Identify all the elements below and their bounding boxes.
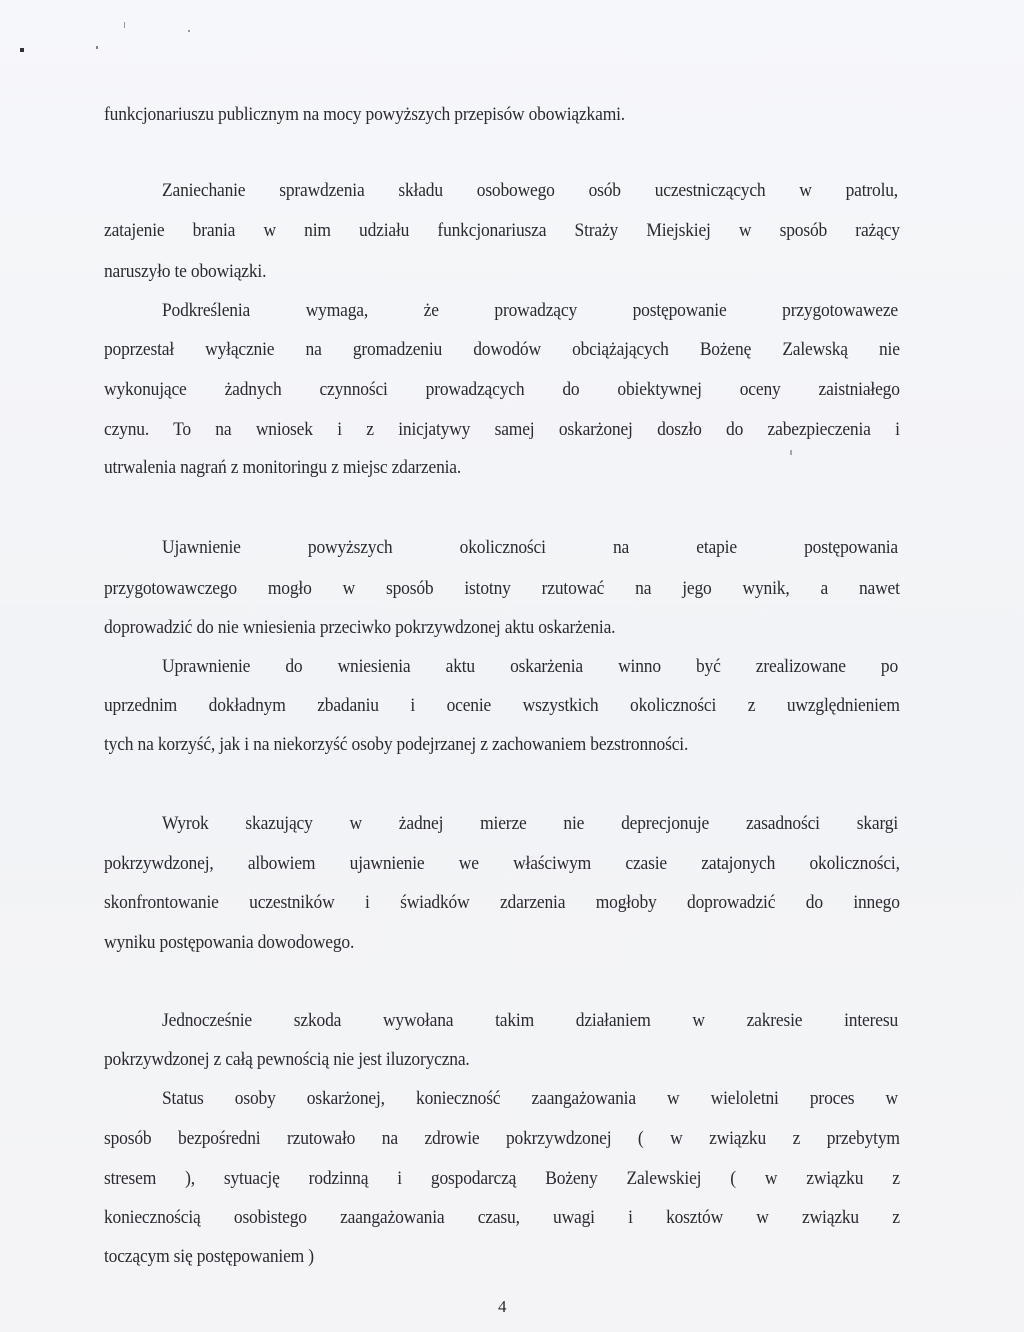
scan-artifact bbox=[20, 48, 24, 52]
text-line: czynu. To na wniosek i z inicjatywy same… bbox=[104, 419, 900, 441]
page-number: 4 bbox=[498, 1297, 507, 1317]
text-line: koniecznością osobistego zaangażowania c… bbox=[104, 1207, 900, 1229]
text-line: uprzednim dokładnym zbadaniu i ocenie ws… bbox=[104, 695, 900, 717]
text-line: Jednocześnie szkoda wywołana takim dział… bbox=[162, 1010, 898, 1032]
text-line: toczącym się postępowaniem ) bbox=[104, 1246, 836, 1268]
scan-artifact bbox=[188, 30, 190, 32]
text-line: poprzestał wyłącznie na gromadzeniu dowo… bbox=[104, 339, 900, 361]
scan-artifact bbox=[124, 22, 125, 28]
text-line: sposób bezpośredni rzutowało na zdrowie … bbox=[104, 1128, 900, 1150]
text-line: Uprawnienie do wniesienia aktu oskarżeni… bbox=[162, 656, 898, 678]
text-line: Zaniechanie sprawdzenia składu osobowego… bbox=[162, 180, 898, 202]
text-line: doprowadzić do nie wniesienia przeciwko … bbox=[104, 617, 836, 639]
text-line: Status osoby oskarżonej, konieczność zaa… bbox=[162, 1088, 898, 1110]
scan-artifact bbox=[790, 450, 792, 455]
scanned-document-page: funkcjonariuszu publicznym na mocy powyż… bbox=[0, 0, 1024, 1332]
text-line: przygotowawczego mogło w sposób istotny … bbox=[104, 578, 900, 600]
text-line: pokrzywdzonej, albowiem ujawnienie we wł… bbox=[104, 853, 900, 875]
text-line: pokrzywdzonej z całą pewnością nie jest … bbox=[104, 1049, 836, 1071]
text-line: funkcjonariuszu publicznym na mocy powyż… bbox=[104, 104, 836, 126]
text-line: wykonujące żadnych czynności prowadzącyc… bbox=[104, 379, 900, 401]
text-line: zatajenie brania w nim udziału funkcjona… bbox=[104, 220, 900, 242]
scan-artifact bbox=[96, 46, 98, 49]
text-line: stresem ), sytuację rodzinną i gospodarc… bbox=[104, 1168, 900, 1190]
text-line: naruszyło te obowiązki. bbox=[104, 261, 836, 283]
text-line: Wyrok skazujący w żadnej mierze nie depr… bbox=[162, 813, 898, 835]
text-line: wyniku postępowania dowodowego. bbox=[104, 932, 836, 954]
text-line: utrwalenia nagrań z monitoringu z miejsc… bbox=[104, 457, 836, 479]
text-line: Ujawnienie powyższych okoliczności na et… bbox=[162, 537, 898, 559]
text-line: Podkreślenia wymaga, że prowadzący postę… bbox=[162, 300, 898, 322]
text-line: skonfrontowanie uczestników i świadków z… bbox=[104, 892, 900, 914]
text-line: tych na korzyść, jak i na niekorzyść oso… bbox=[104, 734, 836, 756]
